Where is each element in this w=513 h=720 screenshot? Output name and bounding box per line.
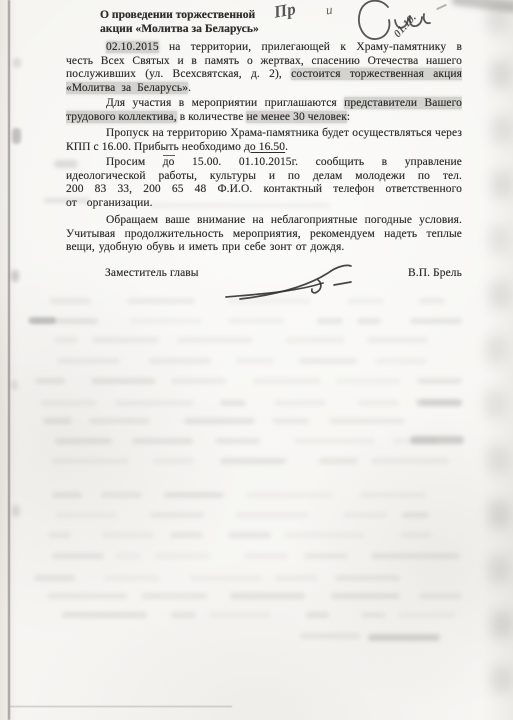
bleedthrough-line xyxy=(272,418,309,424)
bleedthrough-line xyxy=(43,418,72,424)
heading-line-1: О проведении торжественной xyxy=(100,8,259,22)
bleedthrough-line xyxy=(419,593,462,599)
signature-flourish xyxy=(222,255,362,305)
bleedthrough-line xyxy=(31,318,99,324)
text-segment: Просим xyxy=(106,156,163,168)
bleedthrough-line xyxy=(236,512,309,518)
bleedthrough-line xyxy=(410,318,462,324)
handwritten-mark-pr: Пр xyxy=(272,0,297,23)
bleedthrough-line xyxy=(101,492,142,498)
bleedthrough-line xyxy=(215,438,260,444)
text-segment: Обращаем ваше внимание на неблагоприятны… xyxy=(66,214,462,253)
bleedthrough-line xyxy=(28,317,56,324)
bleedthrough-line xyxy=(331,593,400,599)
bleedthrough-line xyxy=(319,458,358,464)
bleedthrough-line xyxy=(416,399,462,406)
bleedthrough-line xyxy=(52,553,104,559)
scan-edge-line xyxy=(8,0,10,720)
bleedthrough-line xyxy=(300,633,360,639)
handwritten-mark-i: и xyxy=(325,2,333,19)
bleedthrough-line xyxy=(285,337,345,343)
highlighted-text: 02.10.2015 xyxy=(106,41,159,53)
bleedthrough-line xyxy=(360,492,426,498)
bleedthrough-line xyxy=(177,337,253,343)
edge-shadow-blob xyxy=(484,391,506,418)
paragraph: Пропуск на территорию Храма-памятника бу… xyxy=(66,127,462,154)
bleedthrough-line xyxy=(336,378,400,384)
bleedthrough-line xyxy=(317,318,344,324)
scanned-document-page: О проведении торжественной акции «Молитв… xyxy=(0,0,513,720)
bleedthrough-line xyxy=(129,318,201,324)
bleedthrough-line xyxy=(220,458,286,464)
signer-name: В.П. Брель xyxy=(408,267,462,281)
bleedthrough-line xyxy=(299,358,357,364)
document-heading: О проведении торжественной акции «Молитв… xyxy=(100,8,259,36)
bleedthrough-line xyxy=(153,458,194,464)
bleedthrough-line xyxy=(371,553,460,559)
page-bottom-edge-line xyxy=(10,706,232,707)
edge-shadow-blob xyxy=(488,226,510,253)
bleedthrough-line xyxy=(171,612,196,618)
edge-shadow-blob xyxy=(491,666,513,693)
bleedthrough-line xyxy=(220,400,246,406)
bleedthrough-line xyxy=(230,593,305,599)
bleedthrough-line xyxy=(208,612,271,618)
bleedthrough-line xyxy=(127,298,195,304)
bleedthrough-line xyxy=(285,532,365,538)
bleedthrough-line xyxy=(275,575,319,581)
bleedthrough-line xyxy=(402,512,428,518)
text-segment: Для участия в мероприятии приглашаются xyxy=(106,97,344,109)
paragraph: 02.10.2015 на территории, прилегающей к … xyxy=(66,41,462,95)
bleedthrough-line xyxy=(54,337,78,343)
bleedthrough-line xyxy=(170,532,203,538)
bleedthrough-line xyxy=(400,532,432,538)
bleedthrough-line xyxy=(368,634,440,641)
edge-shadow-blob xyxy=(490,61,512,88)
bleedthrough-line xyxy=(245,553,288,559)
bleedthrough-line xyxy=(92,337,159,343)
edge-shadow-blob xyxy=(486,6,508,33)
bleedthrough-line xyxy=(419,298,445,304)
bleedthrough-line xyxy=(141,593,207,599)
bleedthrough-line xyxy=(48,532,71,538)
bleedthrough-line xyxy=(164,492,224,498)
bleedthrough-line xyxy=(102,532,154,538)
bleedthrough-line xyxy=(236,358,274,364)
bleedthrough-line xyxy=(47,593,127,599)
text-segment: : xyxy=(347,111,350,123)
underlined-text: до 16.50 xyxy=(244,141,285,153)
bleedthrough-line xyxy=(367,337,428,343)
overlined-text: до xyxy=(163,155,175,168)
text-segment: в количестве xyxy=(177,111,247,123)
bleedthrough-line xyxy=(246,492,335,498)
edge-shadow-blob xyxy=(491,611,513,638)
bleedthrough-line xyxy=(417,378,462,384)
bleedthrough-line xyxy=(51,458,128,464)
bleedthrough-line xyxy=(304,553,348,559)
bleedthrough-line xyxy=(52,492,82,498)
corner-smear xyxy=(452,0,513,13)
bleedthrough-line xyxy=(361,612,386,618)
highlighted-text: не менее 30 человек xyxy=(246,111,346,123)
bleedthrough-line xyxy=(149,358,211,364)
signer-position: Заместитель главы xyxy=(105,267,199,281)
edge-shadow-blob xyxy=(487,446,509,473)
bleedthrough-line xyxy=(228,532,271,538)
edge-shadow-blob xyxy=(485,336,507,363)
bleedthrough-line xyxy=(104,575,160,581)
bleedthrough-line xyxy=(41,400,98,406)
body-paragraphs: 02.10.2015 на территории, прилегающей к … xyxy=(66,41,462,255)
bleedthrough-line xyxy=(189,575,262,581)
edge-shadow-blob xyxy=(491,171,513,198)
bleedthrough-line xyxy=(89,418,150,424)
bleedthrough-line xyxy=(294,438,375,444)
bleedthrough-line xyxy=(274,400,326,406)
bleedthrough-line xyxy=(35,378,65,384)
edge-shadow-blob xyxy=(488,556,510,583)
bleedthrough-line xyxy=(392,438,437,444)
bleedthrough-line xyxy=(91,378,155,384)
bleedthrough-line xyxy=(371,458,449,464)
bleedthrough-line xyxy=(357,318,381,324)
bleedthrough-line xyxy=(421,400,462,406)
scan-smudge xyxy=(12,505,20,517)
bleedthrough-line xyxy=(49,298,91,304)
bleedthrough-line xyxy=(171,378,226,384)
document-body: 02.10.2015 на территории, прилегающей к … xyxy=(66,41,462,280)
heading-line-2: акции «Молитва за Беларусь» xyxy=(100,22,259,36)
bleedthrough-line xyxy=(398,612,455,618)
bleedthrough-line xyxy=(343,512,387,518)
bleedthrough-line xyxy=(306,612,329,618)
bleedthrough-line xyxy=(253,378,321,384)
bleedthrough-line xyxy=(410,436,464,444)
bleedthrough-line xyxy=(34,575,75,581)
bleedthrough-line xyxy=(329,418,404,424)
edge-shadow-blob xyxy=(491,116,513,143)
scan-smudge xyxy=(11,380,18,390)
bleedthrough-line xyxy=(57,358,120,364)
text-segment: . xyxy=(285,141,288,153)
scan-smudge xyxy=(12,128,21,144)
bleedthrough-line xyxy=(335,575,400,581)
bleedthrough-line xyxy=(62,612,148,618)
edge-shadow-blob xyxy=(488,501,510,528)
paragraph: Обращаем ваше внимание на неблагоприятны… xyxy=(66,214,462,255)
scan-smudge xyxy=(11,270,19,282)
bleedthrough-line xyxy=(228,318,284,324)
paragraph: Просим до 15.00. 01.10.2015г. сообщить в… xyxy=(66,156,462,210)
bleedthrough-line xyxy=(115,553,141,559)
bleedthrough-line xyxy=(150,512,204,518)
bleedthrough-line xyxy=(132,438,194,444)
bleedthrough-line xyxy=(154,553,210,559)
paragraph: Для участия в мероприятии приглашаются п… xyxy=(66,97,462,124)
bleedthrough-line xyxy=(358,400,400,406)
bleedthrough-line xyxy=(115,400,194,406)
bleedthrough-line xyxy=(55,438,111,444)
edge-shadow-blob xyxy=(489,281,511,308)
bleedthrough-line xyxy=(184,418,255,424)
bleedthrough-line xyxy=(55,512,117,518)
bleedthrough-line xyxy=(375,358,428,364)
text-segment: . xyxy=(188,82,191,94)
scan-smudge xyxy=(13,58,21,68)
